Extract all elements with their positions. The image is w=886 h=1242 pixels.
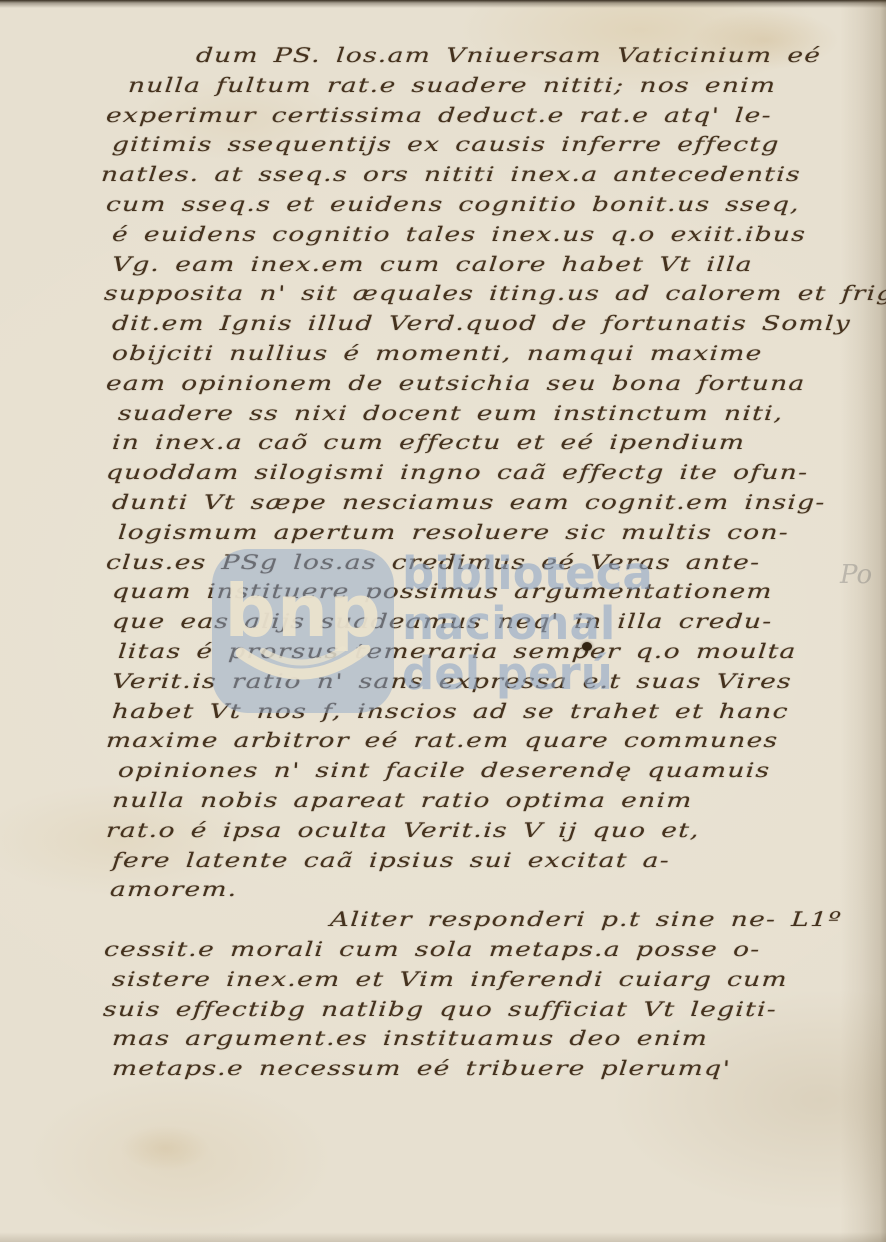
manuscript-line: quam instituere possimus argumentationem <box>0 577 886 607</box>
manuscript-line: que eas alijs suadeamus neq' in illa cre… <box>0 607 886 637</box>
manuscript-line: nulla nobis apareat ratio optima enim <box>0 786 886 816</box>
ink-blot <box>582 642 592 651</box>
page-edge-top-shadow <box>0 0 886 8</box>
manuscript-line: natles. at sseq.s ors nititi inex.a ante… <box>0 160 886 190</box>
manuscript-line: nulla fultum rat.e suadere nititi; nos e… <box>0 71 886 101</box>
manuscript-line: Aliter responderi p.t sine ne- L1º <box>0 905 886 935</box>
manuscript-line: suis effectibg natlibg quo sufficiat Vt … <box>0 995 886 1025</box>
manuscript-line: é euidens cognitio tales inex.us q.o exi… <box>0 220 886 250</box>
manuscript-line: habet Vt nos f, inscios ad se trahet et … <box>0 697 886 727</box>
manuscript-line: sistere inex.em et Vim inferendi cuiarg … <box>0 965 886 995</box>
manuscript-line: rat.o é ipsa oculta Verit.is V ij quo et… <box>0 816 886 846</box>
manuscript-line: opiniones n' sint facile deserendę quamu… <box>0 756 886 786</box>
manuscript-line: dum PS. los.am Vniuersam Vaticinium eé <box>0 41 886 71</box>
manuscript-line: gitimis ssequentijs ex causis inferre ef… <box>0 130 886 160</box>
manuscript-line: eam opinionem de eutsichia seu bona fort… <box>0 369 886 399</box>
manuscript-line: experimur certissima deduct.e rat.e atq'… <box>0 101 886 131</box>
manuscript-line: supposita n' sit æquales iting.us ad cal… <box>0 279 886 309</box>
manuscript-line: dunti Vt sæpe nesciamus eam cognit.em in… <box>0 488 886 518</box>
manuscript-line: maxime arbitror eé rat.em quare communes <box>0 726 886 756</box>
manuscript-line: dit.em Ignis illud Verd.quod de fortunat… <box>0 309 886 339</box>
manuscript-line: logismum apertum resoluere sic multis co… <box>0 518 886 548</box>
manuscript-line: Verit.is ratio n' sans expressa e.t suas… <box>0 667 886 697</box>
manuscript-page: Po dum PS. los.am Vniuersam Vaticinium e… <box>0 0 886 1242</box>
manuscript-line: metaps.e necessum eé tribuere plerumq' <box>0 1054 886 1084</box>
manuscript-text: dum PS. los.am Vniuersam Vaticinium eé n… <box>0 41 886 1084</box>
manuscript-line: cessit.e morali cum sola metaps.a posse … <box>0 935 886 965</box>
manuscript-line: cum sseq.s et euidens cognitio bonit.us … <box>0 190 886 220</box>
manuscript-line: amorem. <box>0 875 886 905</box>
manuscript-line: suadere ss nixi docent eum instinctum ni… <box>0 399 886 429</box>
manuscript-line: litas é prorsus temeraria semper q.o mou… <box>0 637 886 667</box>
manuscript-line: clus.es PSg los.as credimus eé Veras ant… <box>0 548 886 578</box>
manuscript-line: mas argument.es instituamus deo enim <box>0 1024 886 1054</box>
manuscript-line: Vg. eam inex.em cum calore habet Vt illa <box>0 250 886 280</box>
manuscript-line: obijciti nullius é momenti, namqui maxim… <box>0 339 886 369</box>
manuscript-line: quoddam silogismi ingno caã effectg ite … <box>0 458 886 488</box>
manuscript-line: fere latente caã ipsius sui excitat a- <box>0 846 886 876</box>
paper-stain <box>120 1125 210 1171</box>
manuscript-line: in inex.a caõ cum effectu et eé ipendium <box>0 428 886 458</box>
page-edge-bottom-shadow <box>0 1232 886 1242</box>
